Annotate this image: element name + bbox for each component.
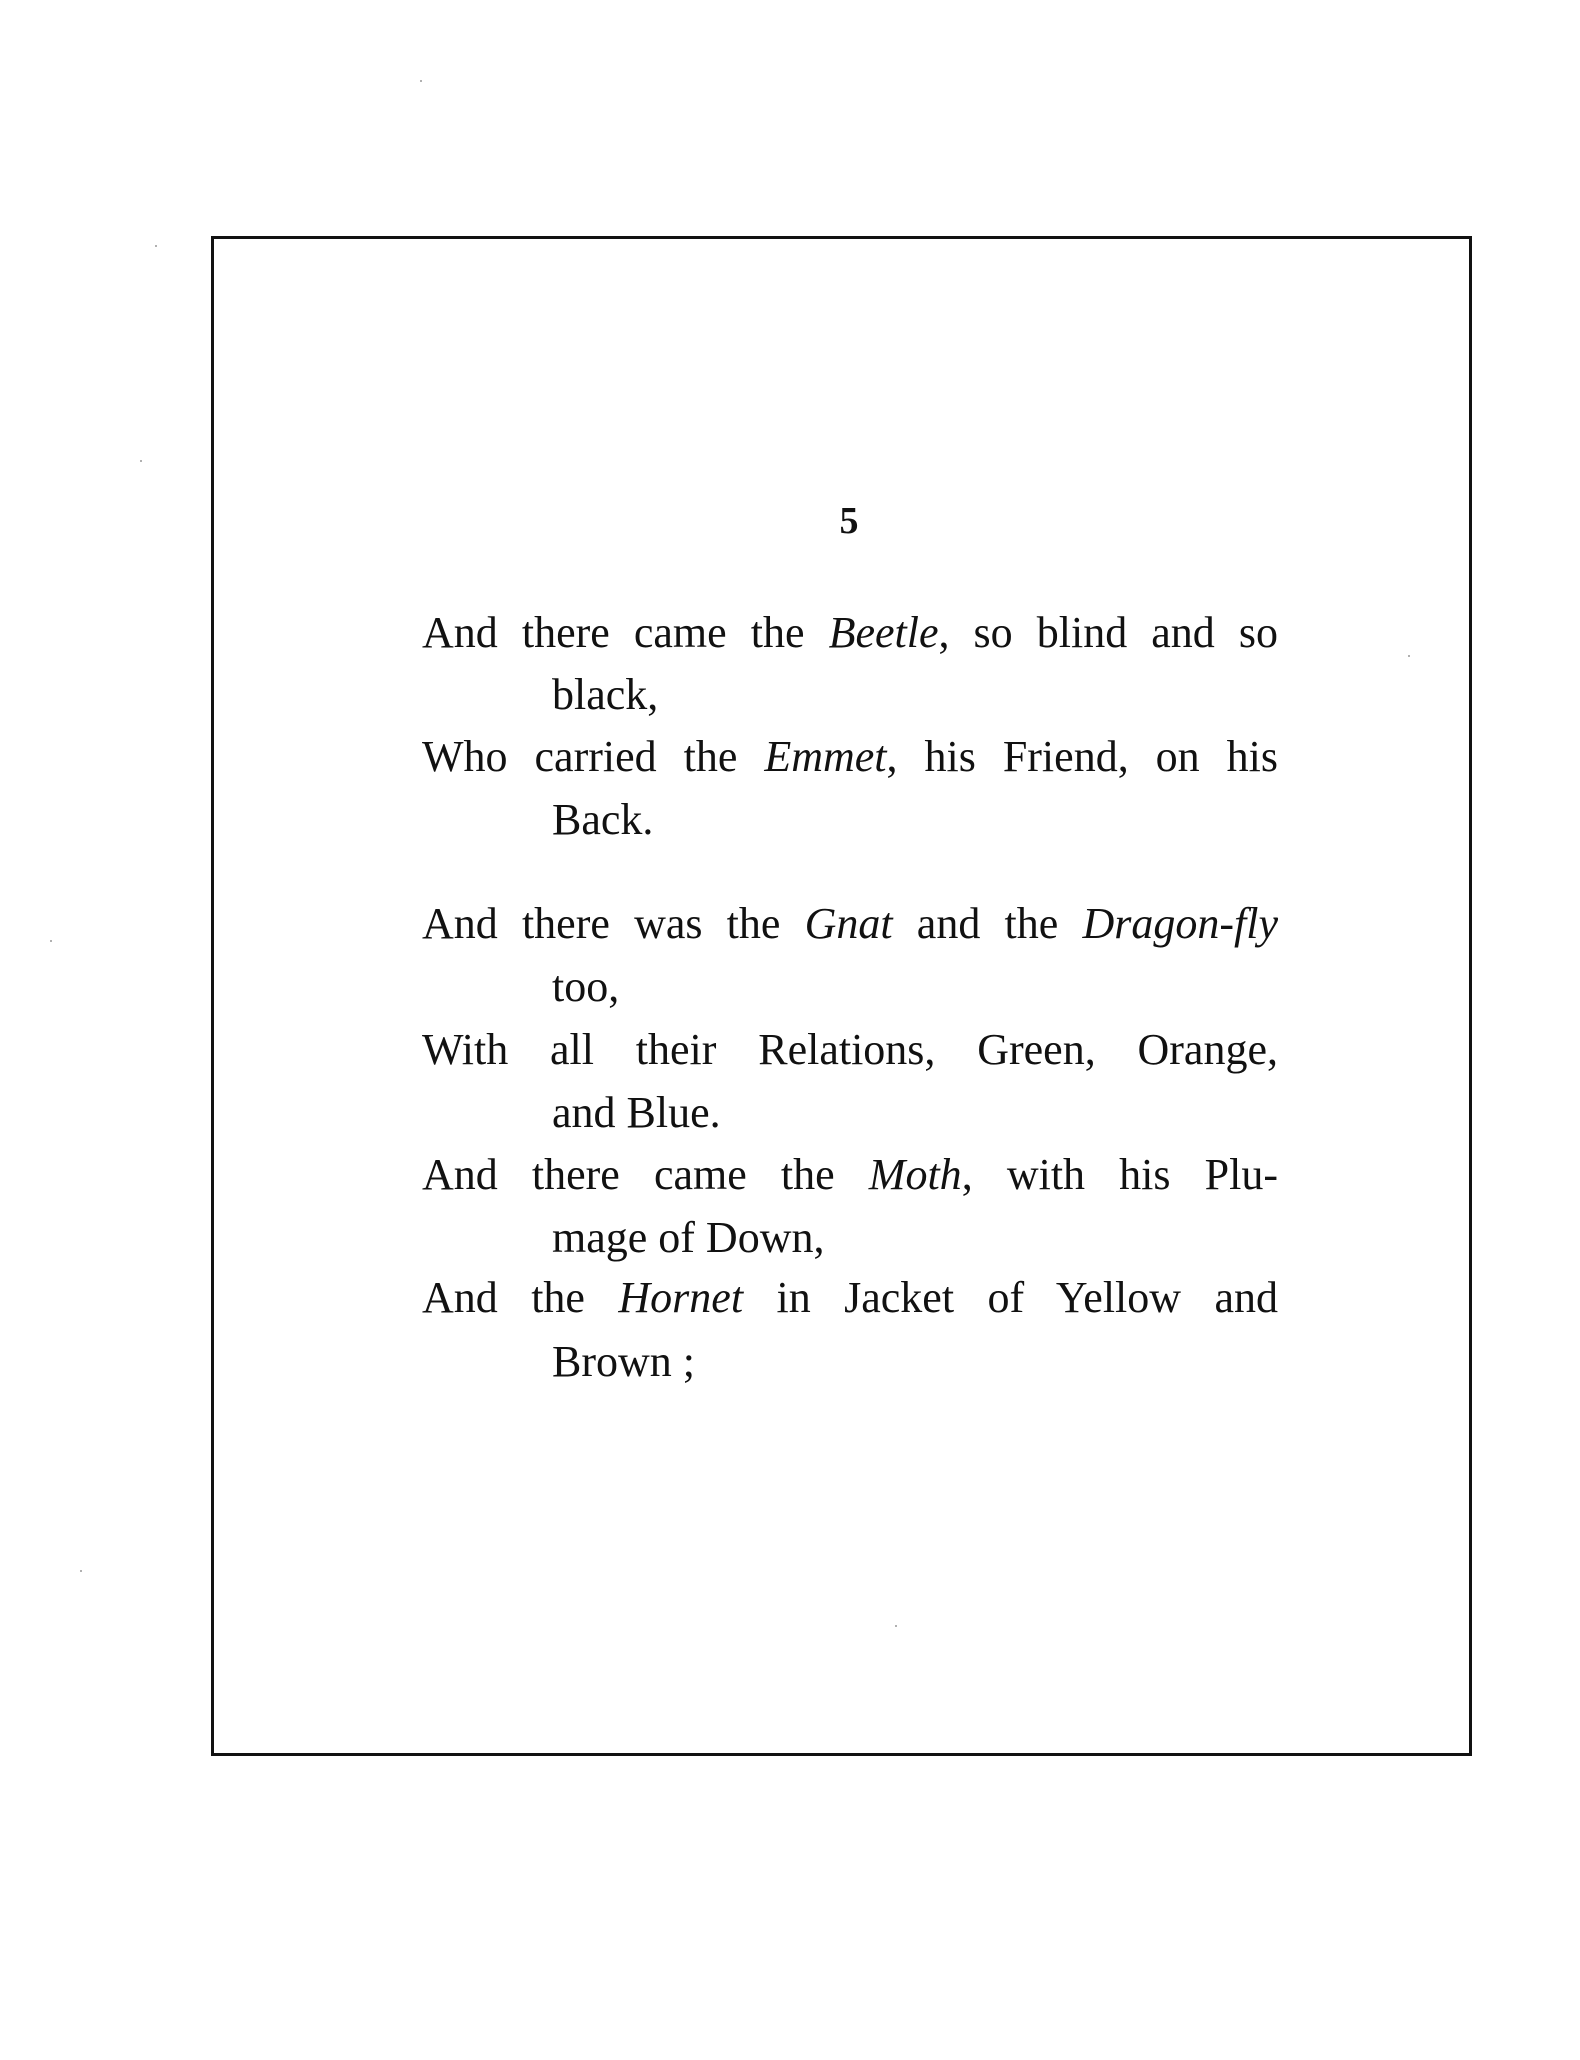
line-text: , with his Plu-	[962, 1150, 1278, 1199]
line-text: With all their Relations, Green, Orange,	[422, 1025, 1278, 1074]
poem-line-continuation: Brown ;	[552, 1330, 1278, 1393]
poem-line-beetle: And there came the Beetle, so blind and …	[422, 601, 1278, 664]
page-number: 5	[800, 501, 898, 541]
poem-line-continuation: too,	[552, 955, 1278, 1018]
line-text: and the	[893, 899, 1083, 948]
italic-word-beetle: Beetle	[829, 608, 939, 657]
scan-speck	[50, 940, 52, 942]
poem-line-relations: With all their Relations, Green, Orange,	[422, 1018, 1278, 1081]
poem-line-continuation: Back.	[552, 788, 1278, 851]
poem-line-continuation: black,	[552, 663, 1278, 726]
line-text: And the	[422, 1273, 618, 1322]
poem-line-hornet: And the Hornet in Jacket of Yellow and	[422, 1266, 1278, 1329]
line-text: in Jacket of Yellow and	[743, 1273, 1278, 1322]
italic-word-dragonfly: Dragon-fly	[1082, 899, 1278, 948]
scan-speck	[80, 1570, 82, 1572]
line-text: Who carried the	[422, 732, 764, 781]
scan-speck	[420, 80, 422, 82]
poem-line-continuation: and Blue.	[552, 1081, 1278, 1144]
poem-line-emmet: Who carried the Emmet, his Friend, on hi…	[422, 725, 1278, 788]
poem-line-continuation: mage of Down,	[552, 1206, 1278, 1269]
poem-line-gnat: And there was the Gnat and the Dragon-fl…	[422, 892, 1278, 955]
line-text: , so blind and so	[938, 608, 1278, 657]
poem-line-moth: And there came the Moth, with his Plu-	[422, 1143, 1278, 1206]
italic-word-gnat: Gnat	[805, 899, 893, 948]
scan-speck	[895, 1625, 897, 1627]
italic-word-hornet: Hornet	[618, 1273, 743, 1322]
scan-speck	[155, 245, 157, 247]
italic-word-emmet: Emmet	[764, 732, 886, 781]
line-text: And there was the	[422, 899, 805, 948]
line-text: And there came the	[422, 1150, 869, 1199]
scan-speck	[1408, 655, 1410, 657]
line-text: And there came the	[422, 608, 829, 657]
italic-word-moth: Moth	[869, 1150, 962, 1199]
line-text: , his Friend, on his	[887, 732, 1278, 781]
scan-speck	[140, 460, 142, 462]
